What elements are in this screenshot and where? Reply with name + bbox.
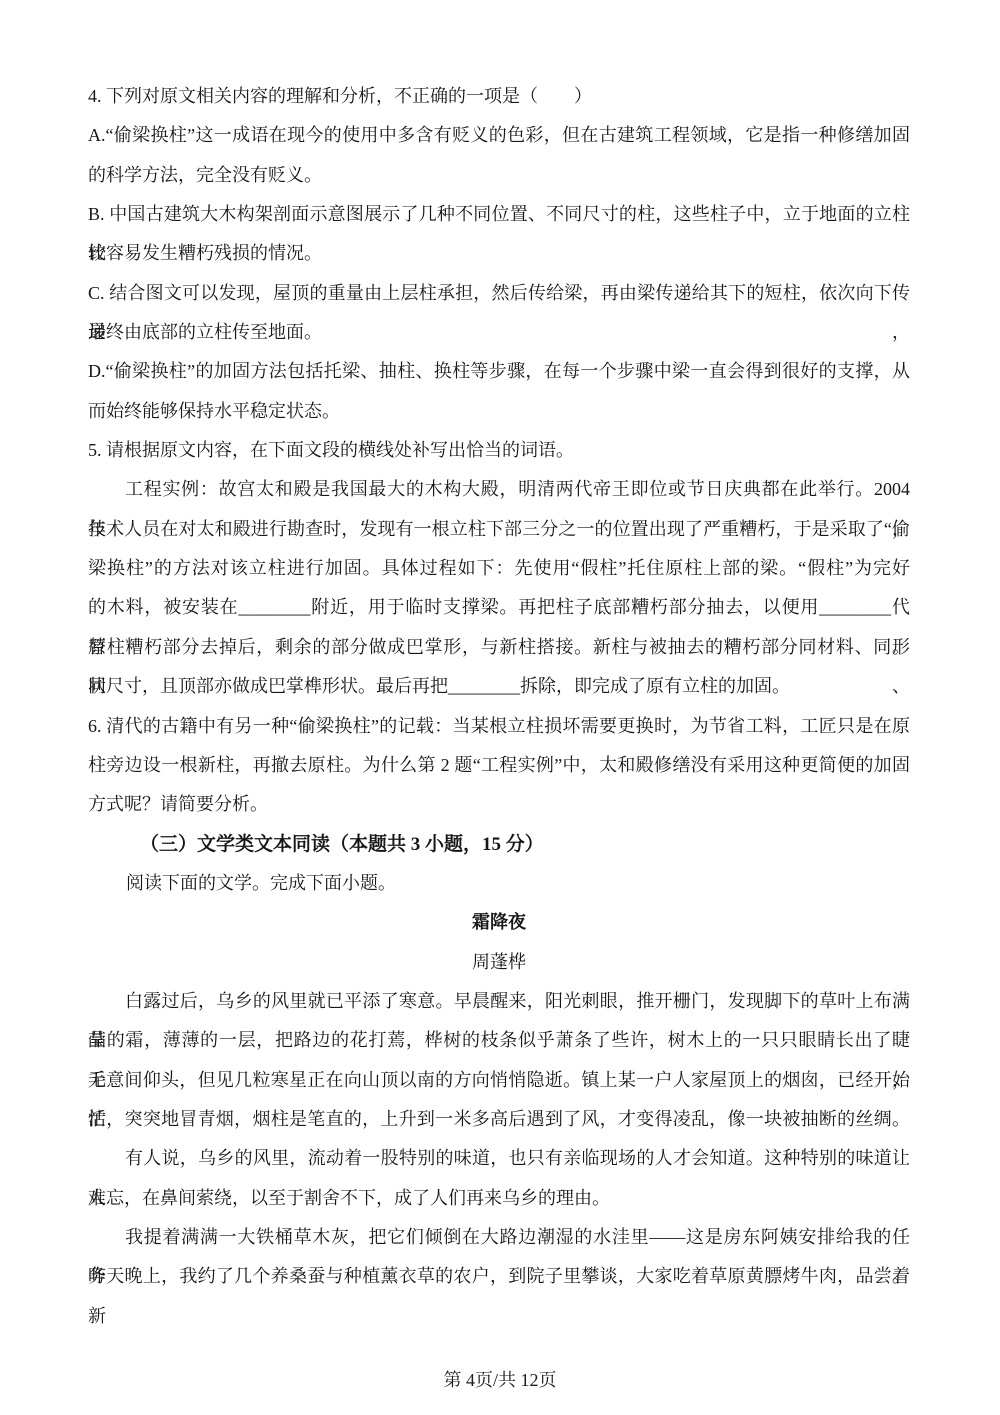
page-number: 第 4页/共 12页 xyxy=(443,1370,556,1390)
option-d-line1: D.“偷梁换柱”的加固方法包括托梁、抽柱、换柱等步骤，在每一个步骤中梁一直会得到… xyxy=(88,352,910,391)
question-6-line2: 柱旁边设一根新柱，再撤去原柱。为什么第 2 题“工程实例”中，太和殿修缮没有采用… xyxy=(88,746,910,785)
q5-passage-line5: 原柱糟朽部分去掉后，剩余的部分做成巴掌形，与新柱搭接。新柱与被抽去的糟朽部分同材… xyxy=(88,628,910,667)
question-4-stem: 4. 下列对原文相关内容的理解和分析，不正确的一项是（ ） xyxy=(88,77,910,116)
option-d-line2: 而始终能够保持水平稳定状态。 xyxy=(88,392,910,431)
q5-passage-line6: 同尺寸，且顶部亦做成巴掌榫形状。最后再把________拆除，即完成了原有立柱的… xyxy=(88,667,910,706)
section-heading: （三）文学类文本同读（本题共 3 小题，15 分） xyxy=(88,825,910,864)
option-a-line2: 的科学方法，完全没有贬义。 xyxy=(88,156,910,195)
document-body: 4. 下列对原文相关内容的理解和分析，不正确的一项是（ ）A.“偷梁换柱”这一成… xyxy=(88,77,910,1297)
option-b-line1: B. 中国古建筑大木构架剖面示意图展示了几种不同位置、不同尺寸的柱，这些柱子中，… xyxy=(88,195,910,234)
page-footer: 第 4页/共 12页 xyxy=(0,1360,1000,1400)
story-para2-line2: 难忘，在鼻间萦绕，以至于割舍不下，成了人们再来乌乡的理由。 xyxy=(88,1179,910,1218)
option-b-line2: 较容易发生糟朽残损的情况。 xyxy=(88,234,910,273)
story-para3-line1: 我提着满满一大铁桶草木灰，把它们倾倒在大路边潮湿的水洼里——这是房东阿姨安排给我… xyxy=(88,1218,910,1257)
q5-passage-line3: 梁换柱”的方法对该立柱进行加固。具体过程如下：先使用“假柱”托住原柱上部的梁。“… xyxy=(88,549,910,588)
story-author: 周蓬桦 xyxy=(88,943,910,982)
q5-passage-line4: 的木料，被安装在________附近，用于临时支撑梁。再把柱子底部糟朽部分抽去，… xyxy=(88,588,910,627)
option-c-line1: C. 结合图文可以发现，屋顶的重量由上层柱承担，然后传给梁，再由梁传递给其下的短… xyxy=(88,274,910,313)
story-para3-line2: 昨天晚上，我约了几个养桑蚕与种植薰衣草的农户，到院子里攀谈，大家吃着草原黄膘烤牛… xyxy=(88,1257,910,1296)
question-6-line3: 方式呢？请简要分析。 xyxy=(88,785,910,824)
option-a-line1: A.“偷梁换柱”这一成语在现今的使用中多含有贬义的色彩，但在古建筑工程领域，它是… xyxy=(88,116,910,155)
q5-passage-line1: 工程实例：故宫太和殿是我国最大的木构大殿，明清两代帝王即位或节日庆典都在此举行。… xyxy=(88,470,910,509)
question-6-line1: 6. 清代的古籍中有另一种“偷梁换柱”的记载：当某根立柱损坏需要更换时，为节省工… xyxy=(88,707,910,746)
exam-paper-page: 4. 下列对原文相关内容的理解和分析，不正确的一项是（ ）A.“偷梁换柱”这一成… xyxy=(0,0,1000,1415)
story-para1-line4: 活，突突地冒青烟，烟柱是笔直的，上升到一米多高后遇到了风，才变得凌乱，像一块被抽… xyxy=(88,1100,910,1139)
question-5-stem: 5. 请根据原文内容，在下面文段的横线处补写出恰当的词语。 xyxy=(88,431,910,470)
story-para1-line2: 莹的霜，薄薄的一层，把路边的花打蔫，桦树的枝条似乎萧条了些许，树木上的一只只眼睛… xyxy=(88,1021,910,1060)
story-para1-line1: 白露过后，乌乡的风里就已平添了寒意。早晨醒来，阳光刺眼，推开栅门，发现脚下的草叶… xyxy=(88,982,910,1021)
story-para2-line1: 有人说，乌乡的风里，流动着一股特别的味道，也只有亲临现场的人才会知道。这种特别的… xyxy=(88,1139,910,1178)
reading-instruction: 阅读下面的文学。完成下面小题。 xyxy=(88,864,910,903)
story-title: 霜降夜 xyxy=(88,903,910,942)
q5-passage-line2: 技术人员在对太和殿进行勘查时，发现有一根立柱下部三分之一的位置出现了严重糟朽，于… xyxy=(88,510,910,549)
story-para1-line3: 无意间仰头，但见几粒寒星正在向山顶以南的方向悄悄隐逝。镇上某一户人家屋顶上的烟囱… xyxy=(88,1061,910,1100)
